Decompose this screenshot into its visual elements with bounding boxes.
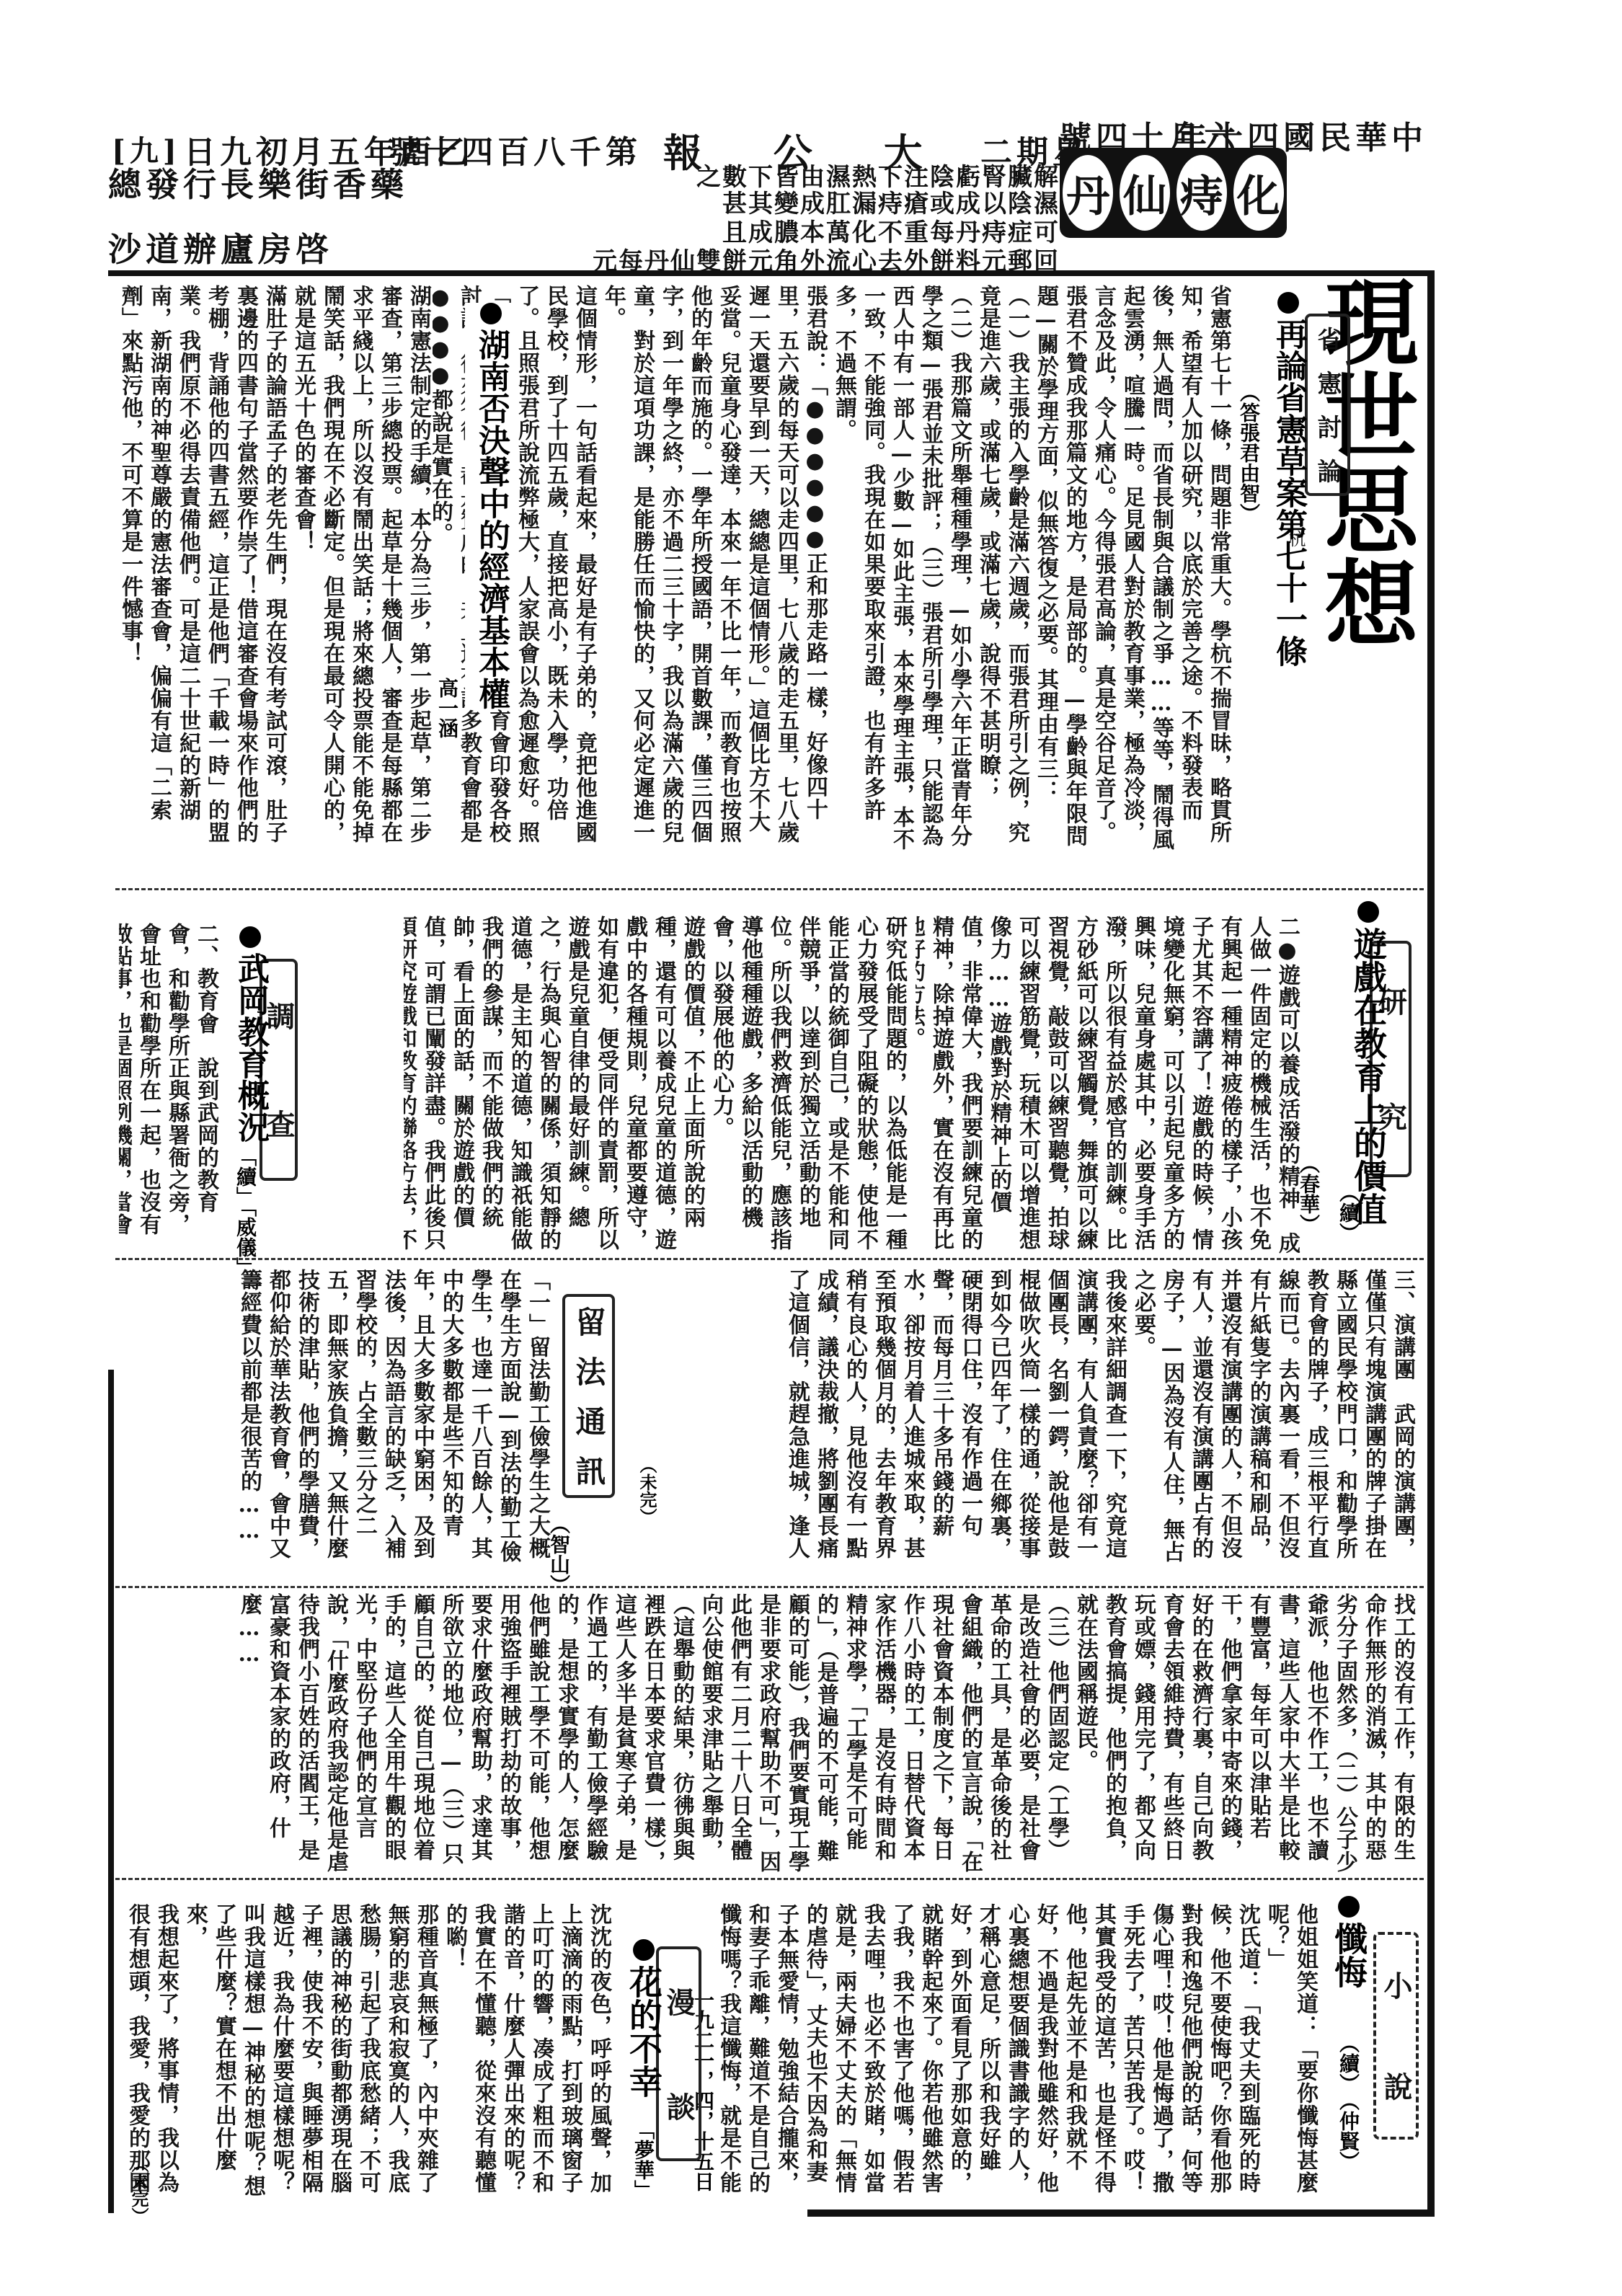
- ad-product-seal: 化 痔 仙 丹: [1060, 148, 1287, 238]
- article-constitution-headline: 再論省憲草案第七十一條: [1265, 292, 1311, 667]
- article-work-study-body: 找工的沒有工作，有限的生命作無形的消滅，其中的惡劣分子固然多，（二）公子少爺派，…: [119, 1593, 1417, 1881]
- article-games-body: 二●遊戲可以養成活潑的精神 成人做一件固定的機械生活，也不免有興起一種精神疲倦的…: [916, 916, 1301, 1254]
- article-games-title-main: 遊戲在教育上的價值: [1344, 901, 1392, 1225]
- article-games-continued: （續）: [1334, 1182, 1362, 1243]
- article-wugang-body: 二、教育會 說到武岡的教育會，和勸學所正與縣署衙之旁，會址也和勸學所在一起，也沒…: [119, 923, 220, 1254]
- article-wugang-signoff: （未完）: [634, 1456, 660, 1525]
- article-hunan-headline: 湖南否決聲中的經濟基本權: [465, 303, 517, 709]
- article-wugang-byline: 「威儀」: [231, 1197, 260, 1277]
- ad-seal-char: 化: [1233, 155, 1284, 231]
- article-repentance-headline: 懺悔: [1325, 1896, 1373, 1988]
- article-hunan-body: 湖南憲法制定的手續，本分為三步，第一步起草，第二步審查，第三步總投票。起草是十幾…: [115, 285, 433, 854]
- right-frame-rule: [1427, 270, 1435, 2213]
- ad-seal-char: 痔: [1176, 155, 1227, 231]
- top-divider-rule: [108, 270, 1427, 276]
- article-wugang-headline: 武岡教育概況: [227, 926, 273, 1143]
- headline-bullet-icon: [480, 303, 502, 324]
- band-divider-1: [115, 888, 1424, 890]
- ad-seal-char: 仙: [1120, 155, 1170, 231]
- ad-seller-top: 總發行長樂街香藥: [108, 159, 408, 206]
- article-repentance-continued: （續）: [1334, 2033, 1362, 2093]
- article-france-body: 「一」留法勤工儉學生之大概 在學生方面說—到法的勤工儉學生，也達一千八百餘人，其…: [119, 1269, 551, 1579]
- band-divider-4: [115, 1878, 1424, 1880]
- article-wugang-body-2: 三、演講團 武岡的演講團，僅僅只有塊演講團的牌子掛在縣立國民學校門口，和勸學所教…: [782, 1269, 1417, 1579]
- band-divider-2: [115, 1258, 1424, 1260]
- article-flower-body: 沈沈的夜色，呼呼的風聲，加上滴滴的雨點，打到玻璃窗子上叮叮的響，凑成了粗而不和諧…: [123, 1903, 613, 2213]
- ad-seller-bottom: 沙道辦廬房啓: [108, 223, 333, 271]
- article-flower-signoff: （未完）: [126, 2155, 151, 2225]
- headline-bullet-icon: [239, 926, 261, 948]
- section-label-novel: 小 說: [1373, 1932, 1419, 2140]
- article-france-byline: （智山）: [544, 1514, 573, 1595]
- headline-bullet-icon: [1338, 1896, 1360, 1918]
- article-constitution-subtitle: （答張君由智）: [1234, 382, 1263, 523]
- bottom-frame-rule: [807, 2209, 1435, 2217]
- article-repentance-body: 他姐姐笑道：「要你懺悔甚麼呢？」 沈氏道：「我丈夫到臨死的時候，他不要使悔吧？你…: [721, 1903, 1319, 2202]
- section-label-france-correspondence: 留 法 通 訊: [562, 1294, 615, 1498]
- article-games-body-2: 研究低能問題的，以為低能是一種心力發展受了阻礙的狀態，使他不能正當的統御自己，或…: [404, 916, 908, 1254]
- headline-bullet-icon: [633, 1939, 655, 1961]
- article-flower-headline: 花的不幸: [620, 1939, 668, 2098]
- band-divider-3: [115, 1586, 1424, 1588]
- article-repentance-byline: （仲賢）: [1334, 2091, 1362, 2171]
- headline-bullet-icon: [1277, 292, 1299, 314]
- section-label-constitution-discussion: 省 憲 討 論: [1305, 314, 1350, 496]
- article-flower-byline: 「夢華」: [629, 2119, 657, 2200]
- headline-bullet-icon: [1357, 901, 1379, 923]
- ad-seal-char: 丹: [1063, 155, 1113, 231]
- article-hunan-byline: 高一涵: [433, 678, 461, 738]
- left-frame-rule: [108, 1370, 114, 2213]
